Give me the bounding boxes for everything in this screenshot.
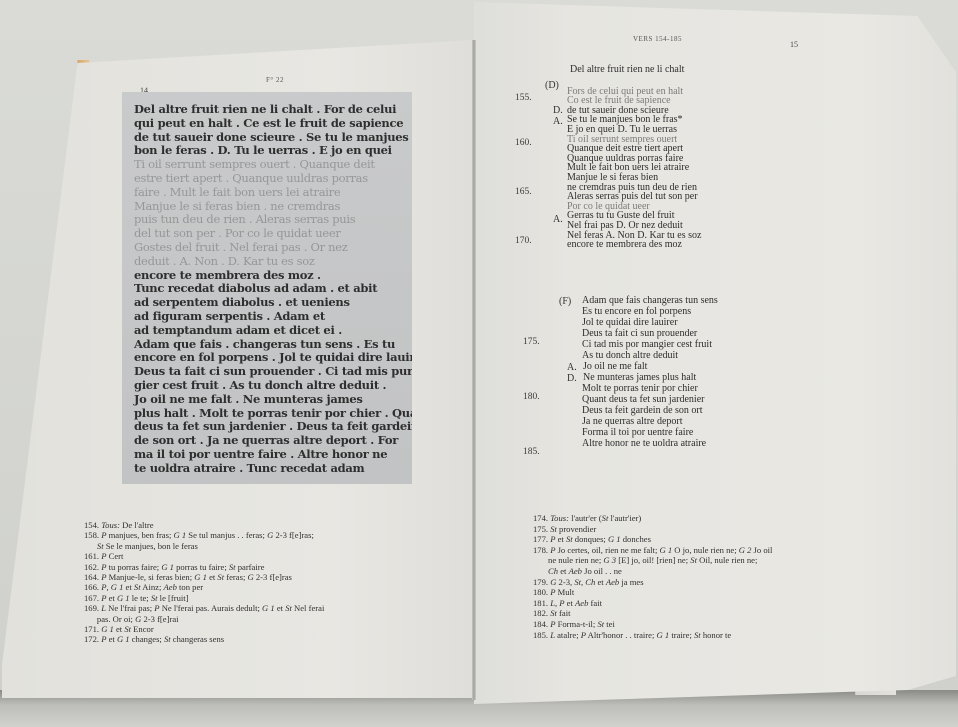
apparatus-note: 171. G 1 et St Encor	[84, 624, 324, 634]
verse-line: Deus ta fait ci sun prouender	[582, 328, 697, 339]
right-page-number: 15	[790, 40, 798, 49]
line-number: 185.	[523, 447, 540, 457]
manuscript-line: encore te membrera des moz .	[134, 268, 321, 282]
apparatus-note: 158. P manjues, ben fras; G 1 Se tul man…	[84, 530, 324, 540]
apparatus-note: 169. L Ne l'frai pas; P Ne l'ferai pas. …	[84, 603, 324, 613]
apparatus-note: 175. St provendier	[533, 524, 772, 535]
verse-line: Adam que fais changeras tun sens	[582, 295, 718, 306]
manuscript-line: te uoldra atraire . Tunc recedat adam	[134, 461, 364, 475]
line-number: 160.	[515, 138, 532, 148]
apparatus-note: 166. P, G 1 et St Ainz; Aeb ton per	[84, 582, 324, 592]
manuscript-line: Tunc recedat diabolus ad adam . et abit	[134, 281, 377, 295]
manuscript-line: Del altre fruit rien ne li chalt . For d…	[134, 102, 396, 116]
manuscript-line: estre tiert apert . Quanque uuldras porr…	[134, 171, 368, 185]
manuscript-line: Gostes del fruit . Nel ferai pas . Or ne…	[134, 240, 348, 254]
manuscript-line: Ti oil serrunt sempres ouert . Quanque d…	[134, 157, 375, 171]
verse-line: Jol te quidai dire lauirer	[582, 317, 678, 328]
verse-line: Ci tad mis por mangier cest fruit	[582, 339, 712, 350]
speaker-label: (F)	[559, 296, 571, 307]
line-number: 180.	[523, 392, 540, 402]
verse-line: Quant deus ta fet sun jardenier	[582, 394, 704, 405]
speaker-label: A.	[567, 362, 577, 373]
manuscript-plate: Del altre fruit rien ne li chalt . For d…	[122, 92, 412, 484]
book-gutter	[472, 40, 476, 700]
verse-line: Ja ne querras altre deport	[582, 416, 683, 427]
manuscript-line: Jo oil ne me falt . Ne munteras james	[134, 392, 363, 406]
manuscript-line: encore en fol porpens . Jol te quidai di…	[134, 350, 412, 364]
manuscript-line: puis tun deu de rien . Aleras serras pui…	[134, 212, 355, 226]
manuscript-line: deduit . A. Non . D. Kar tu es soz	[134, 254, 315, 268]
right-apparatus: 174. Tous: l'autr'er (St l'autr'ier)175.…	[533, 513, 772, 640]
manuscript-line: de son ort . Ja ne querras altre deport …	[134, 433, 398, 447]
left-apparatus: 154. Tous: De l'altre158. P manjues, ben…	[84, 520, 324, 645]
apparatus-note: 161. P Cert	[84, 551, 324, 561]
verse-line: Forma il toi por uentre faire	[582, 427, 693, 438]
apparatus-note: 178. P Jo certes, oil, rien ne me falt; …	[533, 545, 772, 556]
speaker-label: D.	[567, 373, 577, 384]
speaker-label: A.	[553, 214, 563, 225]
apparatus-note: 184. P Forma-t-il; St tei	[533, 619, 772, 630]
verse-line: As tu donch altre deduit	[582, 350, 678, 361]
verse-line: Ne munteras james plus halt	[583, 372, 696, 383]
line-number: 155.	[515, 93, 532, 103]
apparatus-note: 185. L atalre; P Altr'honor . . traire; …	[533, 630, 772, 641]
manuscript-line: bon le feras . D. Tu le uerras . E jo en…	[134, 143, 392, 157]
apparatus-note: 167. P et G 1 le te; St le [fruit]	[84, 593, 324, 603]
verse-line: Altre honor ne te uoldra atraire	[582, 438, 706, 449]
verse-line: Deus ta feit gardein de son ort	[582, 405, 703, 416]
manuscript-line: plus halt . Molt te porras tenir por chi…	[134, 406, 412, 420]
apparatus-note: 181. L, P et Aeb fait	[533, 598, 772, 609]
manuscript-line: deus ta fet sun jardenier . Deus ta feit…	[134, 419, 412, 433]
apparatus-note: 179. G 2-3, St, Ch et Aeb ja mes	[533, 577, 772, 588]
manuscript-line: de tut saueir done scieure . Se tu le ma…	[134, 130, 408, 144]
speaker-label: (D)	[545, 80, 559, 91]
manuscript-line: Deus ta fait ci sun prouender . Ci tad m…	[134, 364, 412, 378]
verse-line: Molt te porras tenir por chier	[582, 383, 698, 394]
manuscript-line: Adam que fais . changeras tun sens . Es …	[134, 337, 395, 351]
apparatus-note: 180. P Mult	[533, 587, 772, 598]
right-running-head: VERS 154-185	[633, 35, 682, 43]
apparatus-note: 164. P Manjue-le, si feras bien; G 1 et …	[84, 572, 324, 582]
line-number: 175.	[523, 337, 540, 347]
manuscript-line: Manjue le si feras bien . ne cremdras	[134, 199, 340, 213]
apparatus-note: 154. Tous: De l'altre	[84, 520, 324, 530]
apparatus-note: St Se le manjues, bon le feras	[84, 541, 324, 551]
verse-line: encore te membrera des moz	[567, 239, 682, 250]
manuscript-line: ad serpentem diabolus . et ueniens	[134, 295, 350, 309]
verse-line: Del altre fruit rien ne li chalt	[570, 64, 684, 75]
manuscript-line: gier cest fruit . As tu donch altre dedu…	[134, 378, 386, 392]
verse-line: Es tu encore en fol porpens	[582, 306, 691, 317]
manuscript-line: ad temptandum adam et dicet ei .	[134, 323, 342, 337]
speaker-label: D.	[553, 105, 563, 116]
line-number: 165.	[515, 187, 532, 197]
manuscript-line: ma il toi por uentre faire . Altre honor…	[134, 447, 387, 461]
manuscript-line: qui peut en halt . Ce est le fruit de sa…	[134, 116, 403, 130]
apparatus-note: 182. St fait	[533, 608, 772, 619]
manuscript-line: ad figuram serpentis . Adam et	[134, 309, 325, 323]
apparatus-note: 172. P et G 1 changes; St changeras sens	[84, 634, 324, 644]
apparatus-note: pas. Or oi; G 2-3 f[e]rai	[84, 614, 324, 624]
apparatus-note: 177. P et St donques; G 1 donches	[533, 534, 772, 545]
manuscript-line: faire . Mult le fait bon uers lei atrair…	[134, 185, 340, 199]
left-running-head: F° 22	[266, 76, 284, 84]
apparatus-note: ne nule rien ne; G 3 [E] jo, oil! [rien]…	[533, 555, 772, 566]
verse-line: Jo oil ne me falt	[583, 361, 647, 372]
line-number: 170.	[515, 236, 532, 246]
apparatus-note: 174. Tous: l'autr'er (St l'autr'ier)	[533, 513, 772, 524]
speaker-label: A.	[553, 116, 563, 127]
apparatus-note: Ch et Aeb Jo oil . . ne	[533, 566, 772, 577]
manuscript-line: del tut son per . Por co le quidat ueer	[134, 226, 341, 240]
apparatus-note: 162. P tu porras faire; G 1 porras tu fa…	[84, 562, 324, 572]
